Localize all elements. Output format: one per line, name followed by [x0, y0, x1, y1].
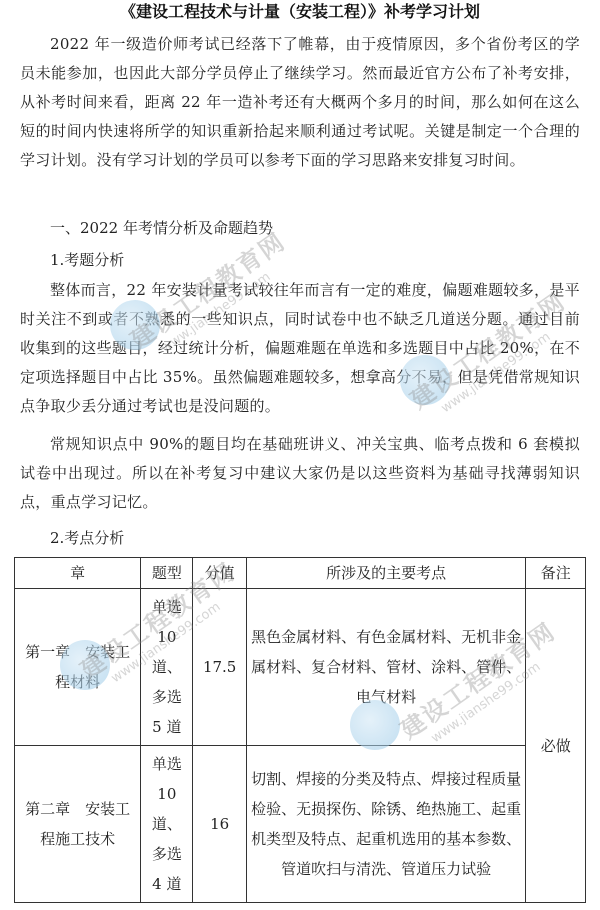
exam-points-table: 章 题型 分值 所涉及的主要考点 备注 第一章 安装工程材料 单选 10 道、 … [14, 557, 586, 903]
subheading-key-points-analysis: 2.考点分析 [50, 524, 124, 553]
question-type-cell: 单选 10 道、 多选 4 道 [141, 746, 193, 903]
header-question-type: 题型 [141, 558, 193, 589]
document-title: 《建设工程技术与计量（安装工程）》补考学习计划 [0, 0, 600, 24]
table-header-row: 章 题型 分值 所涉及的主要考点 备注 [15, 558, 586, 589]
type-line: 多选 [141, 682, 192, 712]
type-line: 4 道 [141, 869, 192, 899]
type-line: 道、 [141, 652, 192, 682]
header-score: 分值 [193, 558, 246, 589]
type-line: 道、 [141, 809, 192, 839]
question-analysis-paragraph: 整体而言，22 年安装计量考试较往年而言有一定的难度，偏题难题较多，是平时关注不… [20, 276, 580, 421]
type-line: 单选 [141, 592, 192, 622]
table-row: 第二章 安装工程施工技术 单选 10 道、 多选 4 道 16 切割、焊接的分类… [15, 746, 586, 903]
type-line: 单选 [141, 749, 192, 779]
chapter-cell: 第一章 安装工程材料 [15, 589, 141, 746]
score-cell: 17.5 [193, 589, 246, 746]
type-line: 5 道 [141, 712, 192, 742]
main-points-cell: 黑色金属材料、有色金属材料、无机非金属材料、复合材料、管材、涂料、管件、电气材料 [246, 589, 526, 746]
header-remark: 备注 [526, 558, 586, 589]
remark-cell: 必做 [526, 589, 586, 903]
knowledge-points-paragraph: 常规知识点中 90%的题目均在基础班讲义、冲关宝典、临考点拨和 6 套模拟试卷中… [20, 430, 580, 517]
type-line: 多选 [141, 839, 192, 869]
type-line: 10 [141, 779, 192, 809]
score-cell: 16 [193, 746, 246, 903]
header-main-points: 所涉及的主要考点 [246, 558, 526, 589]
type-line: 10 [141, 622, 192, 652]
header-chapter: 章 [15, 558, 141, 589]
table-row: 第一章 安装工程材料 单选 10 道、 多选 5 道 17.5 黑色金属材料、有… [15, 589, 586, 746]
question-type-cell: 单选 10 道、 多选 5 道 [141, 589, 193, 746]
section-heading-exam-analysis: 一、2022 年考情分析及命题趋势 [50, 214, 273, 243]
subheading-question-analysis: 1.考题分析 [50, 246, 124, 275]
main-points-cell: 切割、焊接的分类及特点、焊接过程质量检验、无损探伤、除锈、绝热施工、起重机类型及… [246, 746, 526, 903]
intro-paragraph: 2022 年一级造价师考试已经落下了帷幕，由于疫情原因，多个省份考区的学员未能参… [20, 30, 580, 175]
chapter-cell: 第二章 安装工程施工技术 [15, 746, 141, 903]
